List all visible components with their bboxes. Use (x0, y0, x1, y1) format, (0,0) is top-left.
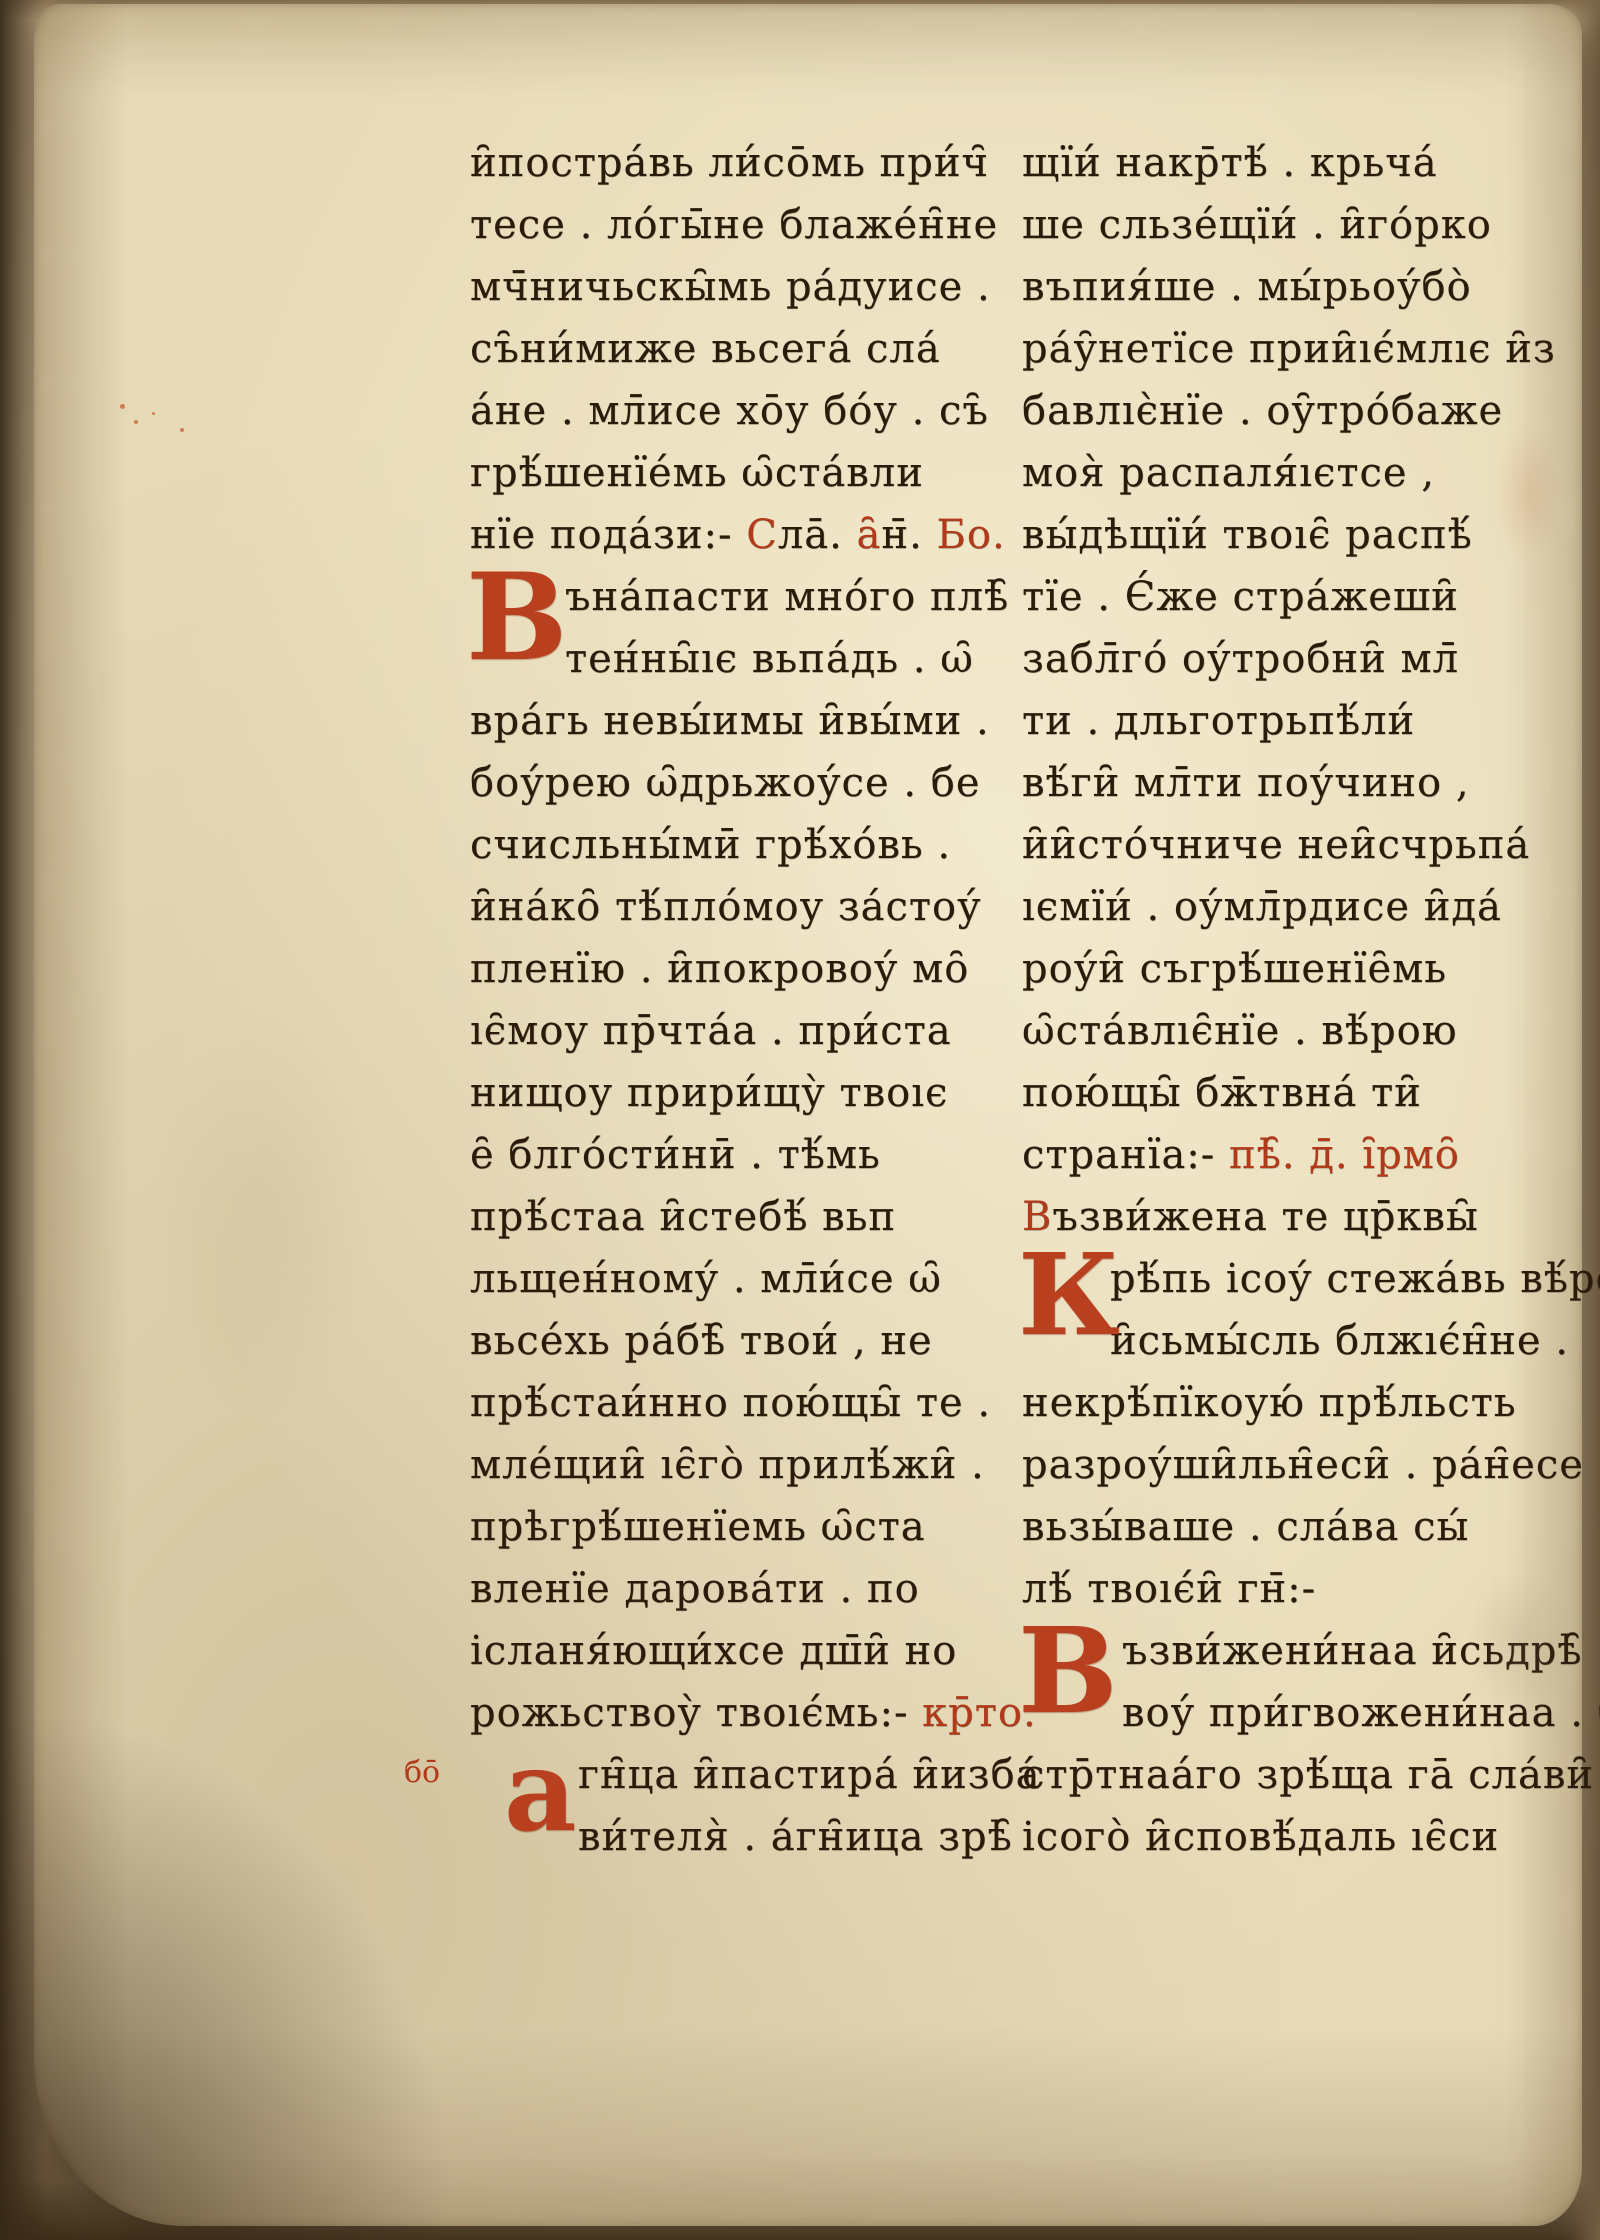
manuscript-text-line: вѣ́ги̑ мл̄ти поу́чино , (1022, 752, 1570, 814)
manuscript-text-line: забл̄го́ оу́тробни̑ мл̄ (1022, 628, 1570, 690)
rubric-text: а̑ (857, 512, 882, 558)
manuscript-text-line: разроу́ши̑льн̑еси̑ . рáн̑есе (1022, 1434, 1570, 1496)
manuscript-text-line: и̑и̑сто́чниче неи̑счрьпá (1022, 814, 1570, 876)
manuscript-text-line: прѣгрѣ́шенїемь ω̑ста (470, 1496, 1000, 1558)
body-text: боу́рею ω̑дрьжоу́се . бе (470, 760, 981, 806)
ink-speckle (134, 420, 138, 424)
rubric-text: пѣ̑. д̄. і̑рмо̑ (1229, 1132, 1460, 1178)
manuscript-text-line: странїа:- пѣ̑. д̄. і̑рмо̑ (1022, 1124, 1570, 1186)
body-text: прѣгрѣ́шенїемь ω̑ста (470, 1504, 926, 1550)
body-text: пою́щы̑ бж̄твнá ти̑ (1022, 1070, 1422, 1116)
body-text: рáу̑нетїсе прии̑ıє́млıє и̑з (1022, 326, 1556, 372)
body-text: забл̄го́ оу́тробни̑ мл̄ (1022, 636, 1459, 682)
manuscript-text-line: вьсе́хь рáбѣ̑ твои́ , не (470, 1310, 1000, 1372)
manuscript-text-line: счисльны́мӣ грѣ́хо́вь . (470, 814, 1000, 876)
manuscript-text-line: вы́дѣщїи́ твоıє̑ распѣ́ (1022, 504, 1570, 566)
manuscript-text-line: ісланя́ющи́хсе дш̄и̑ но (470, 1620, 1000, 1682)
body-text: ънáпасти мно́го плѣ̑ (565, 574, 1009, 620)
manuscript-text-line: ω̑стáвлıє̑нїе . вѣ́рою (1022, 1000, 1570, 1062)
manuscript-text-line: боу́рею ω̑дрьжоу́се . бе (470, 752, 1000, 814)
body-text: вѣ́ги̑ мл̄ти поу́чино , (1022, 760, 1470, 806)
body-text: воу́ при́гвожени́наа . бе (1122, 1690, 1600, 1736)
body-text: стр̄тнаа́го зрѣ́ща гā слáви̑ . (1022, 1752, 1600, 1798)
body-text: ісого̀ и̑сповѣ́даль ıє̑си (1022, 1814, 1499, 1860)
manuscript-photo: и̑пострáвь ли́со̄мь при́ч̑тесе . ло́гы̄н… (0, 0, 1600, 2240)
manuscript-text-line: вьзы́ваше . слáва сы́ (1022, 1496, 1570, 1558)
ink-speckle (120, 404, 125, 409)
manuscript-text-line: грѣ́шенїе́мь ω̑стáвли (470, 442, 1000, 504)
manuscript-text-line: рáу̑нетїсе прии̑ıє́млıє и̑з (1022, 318, 1570, 380)
body-text: ше сльзе́щїи́ . и̑го́рко (1022, 202, 1492, 248)
body-text: е̑ блго́сти́нӣ . тѣ́мь (470, 1132, 881, 1178)
body-text: и̑нáко̑ тѣ́пло́моу зáстоу́ (470, 884, 982, 930)
manuscript-text-line: тїе . Є́же стрáжеши̑ (1022, 566, 1570, 628)
illuminated-initial: В (466, 558, 567, 678)
manuscript-text-line: тесе . ло́гы̄не блажéн̑не (470, 194, 1000, 256)
manuscript-text-line: бавлıє̀нїе . оу̑тро́баже (1022, 380, 1570, 442)
illuminated-initial: В (1018, 1612, 1118, 1730)
body-text: вленїе даровáти . по (470, 1566, 920, 1612)
body-text: ти . дльготрьпѣ́ли́ (1022, 698, 1415, 744)
body-text: вьзы́ваше . слáва сы́ (1022, 1504, 1469, 1550)
illuminated-initial: К (1018, 1240, 1120, 1352)
manuscript-text-line: ісого̀ и̑сповѣ́даль ıє̑си (1022, 1806, 1570, 1868)
body-text: мч̄ничьскы̑мь рáдуисе . (470, 264, 991, 310)
body-text: пленїю . и̑покровоу́ мо̑ (470, 946, 969, 992)
body-text: ıє̑моу пр̄чтáа . при́ста (470, 1008, 952, 1054)
manuscript-text-line: е̑ блго́сти́нӣ . тѣ́мь (470, 1124, 1000, 1186)
manuscript-text-line: пленїю . и̑покровоу́ мо̑ (470, 938, 1000, 1000)
body-text: ви́теля̀ . а́гн̑ица зрѣ̑ (578, 1814, 1013, 1860)
body-text: тїе . Є́же стрáжеши̑ (1022, 574, 1459, 620)
body-text: а́не . мл̄исе хо̄у бо́у . съ̑ (470, 388, 989, 434)
manuscript-text-line: съ̑ни́миже вьсегá слá (470, 318, 1000, 380)
manuscript-text-line: пою́щы̑ бж̄твнá ти̑ (1022, 1062, 1570, 1124)
manuscript-text-line: щїи́ накр̄тѣ́ . крьчá (1022, 132, 1570, 194)
body-text: и̑и̑сто́чниче неи̑счрьпá (1022, 822, 1530, 868)
body-text: ісланя́ющи́хсе дш̄и̑ но (470, 1628, 957, 1674)
body-text: врáгь невы́имы и̑вы́ми . (470, 698, 990, 744)
body-text: съ̑ни́миже вьсегá слá (470, 326, 941, 372)
body-text: гн̑ца и̑пастирá и̑избá (578, 1752, 1041, 1798)
manuscript-text-line: стр̄тнаа́го зрѣ́ща гā слáви̑ . (1022, 1744, 1570, 1806)
parchment-page: и̑пострáвь ли́со̄мь при́ч̑тесе . ло́гы̄н… (34, 4, 1582, 2226)
body-text: бавлıє̀нїе . оу̑тро́баже (1022, 388, 1503, 434)
body-text: роу́и̑ съгрѣ́шенїе̑мь (1022, 946, 1447, 992)
body-text: нищоу прири́щу̀ твоıє (470, 1070, 948, 1116)
margin-rubric-note: бо̄ (404, 1758, 440, 1788)
body-text: ıємїи́ . оу́мл̄рдисе и̑дá (1022, 884, 1502, 930)
body-text: тен́ны̑ıє вьпáдь . ω̑ (565, 636, 974, 682)
body-text: прѣ́стаи́нно пою́щы̑ те . (470, 1380, 991, 1426)
manuscript-text-line: въпия́ше . мы́рьоу́бо̀ (1022, 256, 1570, 318)
body-text: рѣ́пь ісоу́ стежáвь вѣ́роу̑ (1110, 1256, 1600, 1302)
body-text: странїа:- (1022, 1132, 1229, 1178)
rubric-text: Бо. (937, 512, 1006, 558)
text-column-left: и̑пострáвь ли́со̄мь при́ч̑тесе . ло́гы̄н… (470, 132, 1000, 1868)
manuscript-text-line: а́не . мл̄исе хо̄у бо́у . съ̑ (470, 380, 1000, 442)
body-text: ъзви́жени́наа и̑сьдрѣ̑ (1122, 1628, 1583, 1674)
body-text: ω̑стáвлıє̑нїе . вѣ́рою (1022, 1008, 1458, 1054)
body-text: вьсе́хь рáбѣ̑ твои́ , не (470, 1318, 933, 1364)
body-text: и̑сьмы́сль блжıє́н̑не . (1110, 1318, 1569, 1364)
ink-speckle (180, 428, 184, 432)
body-text: счисльны́мӣ грѣ́хо́вь . (470, 822, 951, 868)
manuscript-text-line: прѣ́стаа и̑стебѣ́ вьп (470, 1186, 1000, 1248)
body-text: вы́дѣщїи́ твоıє̑ распѣ́ (1022, 512, 1473, 558)
body-text: тесе . ло́гы̄не блажéн̑не (470, 202, 998, 248)
manuscript-text-line: льщен́ному́ . мл̄и́се ω̑ (470, 1248, 1000, 1310)
manuscript-text-line: нищоу прири́щу̀ твоıє (470, 1062, 1000, 1124)
body-text: мле́щии̑ ıє̑го̀ прилѣ́жи̑ . (470, 1442, 985, 1488)
body-text: разроу́ши̑льн̑еси̑ . рáн̑есе (1022, 1442, 1584, 1488)
text-column-right: щїи́ накр̄тѣ́ . крьчáше сльзе́щїи́ . и̑г… (1022, 132, 1570, 1868)
body-text: въпия́ше . мы́рьоу́бо̀ (1022, 264, 1472, 310)
body-text: прѣ́стаа и̑стебѣ́ вьп (470, 1194, 896, 1240)
manuscript-text-line: и̑нáко̑ тѣ́пло́моу зáстоу́ (470, 876, 1000, 938)
ink-speckle (152, 412, 155, 415)
manuscript-text-line: моя̀ распаля́ıєтсе , (1022, 442, 1570, 504)
manuscript-text-line: ıємїи́ . оу́мл̄рдисе и̑дá (1022, 876, 1570, 938)
body-text: щїи́ накр̄тѣ́ . крьчá (1022, 140, 1438, 186)
manuscript-text-line: ти . дльготрьпѣ́ли́ (1022, 690, 1570, 752)
manuscript-text-line: ше сльзе́щїи́ . и̑го́рко (1022, 194, 1570, 256)
body-text: льщен́ному́ . мл̄и́се ω̑ (470, 1256, 942, 1302)
body-text: моя̀ распаля́ıєтсе , (1022, 450, 1435, 496)
body-text: н̄. (881, 512, 936, 558)
manuscript-text-line: прѣ́стаи́нно пою́щы̑ те . (470, 1372, 1000, 1434)
manuscript-text-line: врáгь невы́имы и̑вы́ми . (470, 690, 1000, 752)
manuscript-text-line: роу́и̑ съгрѣ́шенїе̑мь (1022, 938, 1570, 1000)
manuscript-text-line: и̑пострáвь ли́со̄мь при́ч̑ (470, 132, 1000, 194)
illuminated-initial: а (504, 1736, 577, 1848)
manuscript-text-line: вленїе даровáти . по (470, 1558, 1000, 1620)
manuscript-text-line: ıє̑моу пр̄чтáа . при́ста (470, 1000, 1000, 1062)
manuscript-text-line: мч̄ничьскы̑мь рáдуисе . (470, 256, 1000, 318)
body-text: грѣ́шенїе́мь ω̑стáвли (470, 450, 924, 496)
manuscript-text-line: некрѣ́пїкоую́ прѣ́льсть (1022, 1372, 1570, 1434)
rubric-text: С (746, 512, 778, 558)
body-text: некрѣ́пїкоую́ прѣ́льсть (1022, 1380, 1517, 1426)
paper-stain (154, 1004, 374, 1424)
manuscript-text-line: мле́щии̑ ıє̑го̀ прилѣ́жи̑ . (470, 1434, 1000, 1496)
body-text: ла̄. (778, 512, 857, 558)
body-text: и̑пострáвь ли́со̄мь при́ч̑ (470, 140, 989, 186)
